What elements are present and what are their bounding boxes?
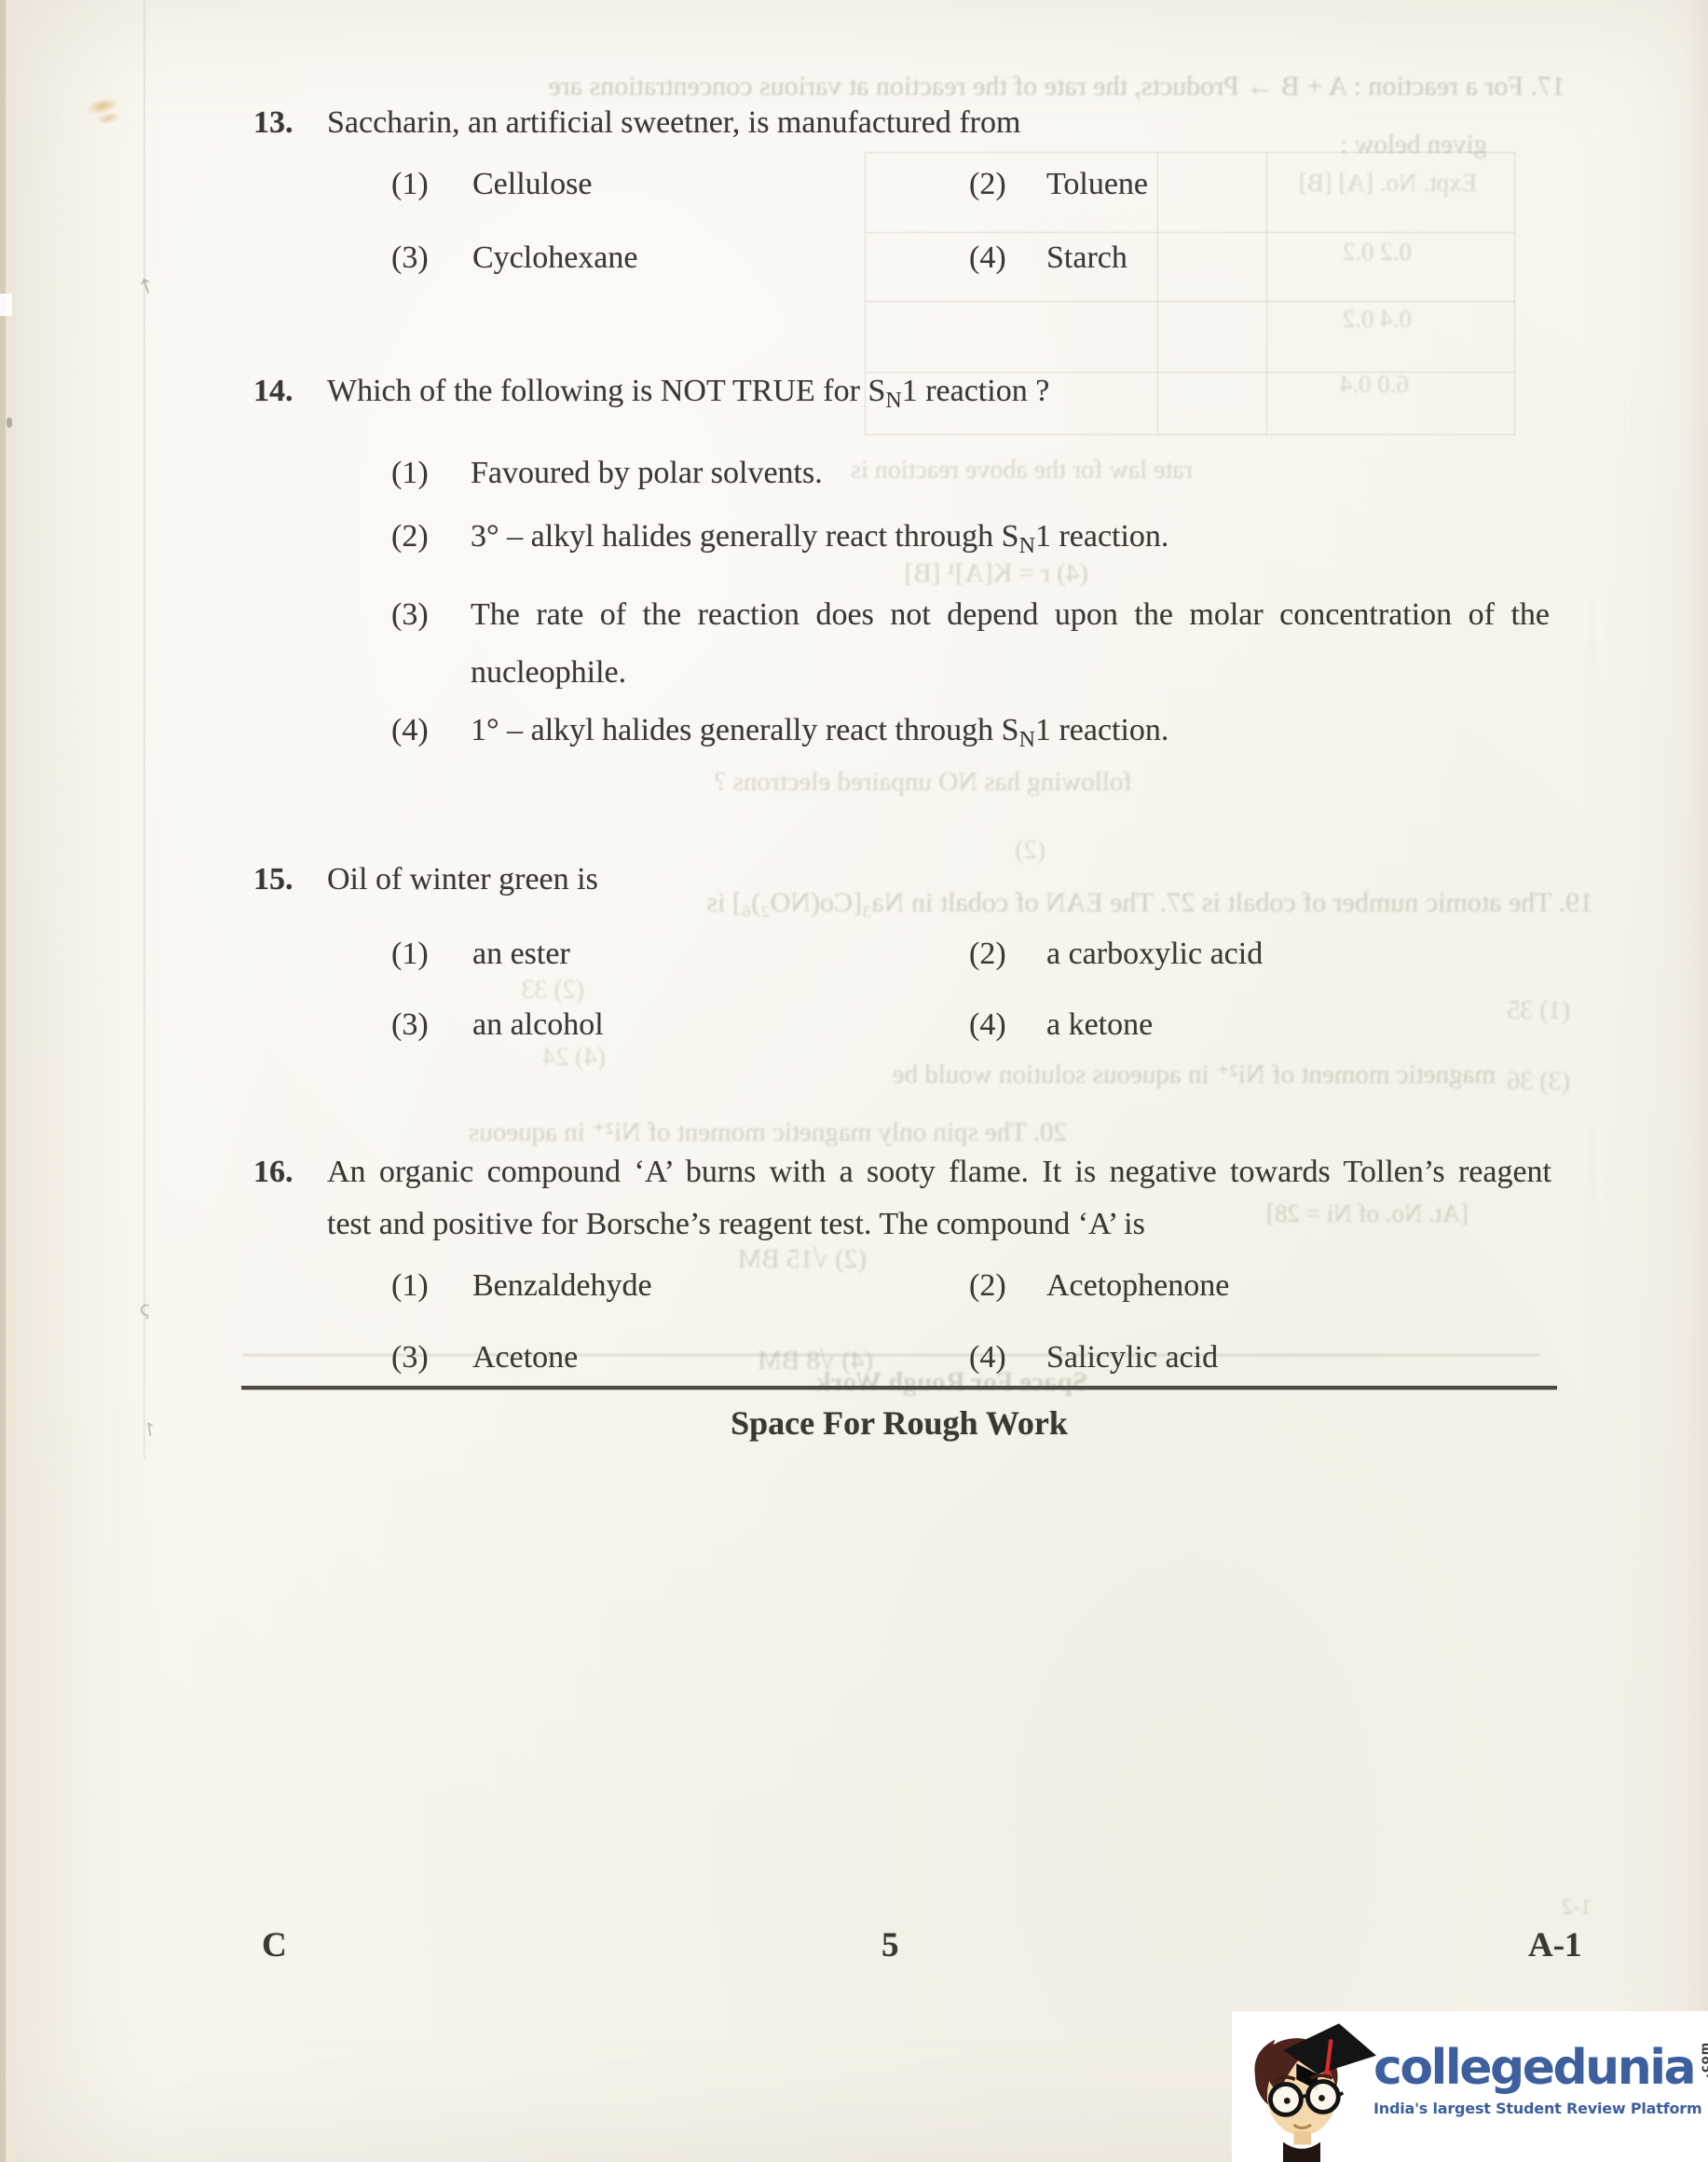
q14-option-2-label: (2) [391, 518, 429, 554]
ink-smudge [85, 95, 121, 117]
q14-option-1-text: Favoured by polar solvents. [471, 455, 823, 491]
q13-option-4-text: Starch [1046, 239, 1127, 276]
question-14-number: 14. [253, 373, 294, 409]
q16-option-3-text: Acetone [472, 1339, 578, 1375]
bleed-text-fragment: 6.0 0.4 [1129, 371, 1409, 399]
q14-option-3-line2: nucleophile. [471, 654, 626, 691]
bleed-text-fragment: (2) √15 BM [676, 1245, 867, 1275]
pencil-mark-middle: ς [140, 1297, 151, 1320]
question-13-number: 13. [253, 104, 294, 141]
q16-option-2-label: (2) [969, 1267, 1006, 1304]
footer-page-number: 5 [881, 1925, 899, 1965]
q14-option-1-label: (1) [391, 455, 429, 491]
bleed-text-fragment: (4) r = K[A]¹ [B] [809, 559, 1088, 589]
q15-option-2-text: a carboxylic acid [1046, 936, 1263, 972]
q16-option-3-label: (3) [391, 1339, 429, 1375]
question-15-number: 15. [253, 861, 294, 897]
bleed-text-fragment: (2) 33 [463, 977, 584, 1006]
q15-option-4-label: (4) [969, 1006, 1006, 1043]
pencil-mark-top: ↑ [135, 274, 158, 301]
bleed-rule-artifact [242, 1354, 1539, 1356]
q15-option-1-text: an ester [472, 936, 570, 972]
pencil-mark-bottom: ↾ [140, 1417, 159, 1443]
q14-option-3-line1: The rate of the reaction does not depend… [471, 596, 1550, 633]
bleed-text-fragment: [At. No. of Ni = 28] [1245, 1200, 1469, 1228]
q14-option-2-text: 3° – alkyl halides generally react throu… [471, 518, 1168, 554]
q13-option-1-label: (1) [391, 166, 429, 202]
bleed-text-fragment: Space For Rough Work [766, 1368, 1087, 1398]
bleed-text-fragment: rate law for the above reaction is [829, 457, 1193, 486]
question-13-text: Saccharin, an artificial sweetner, is ma… [327, 104, 1020, 141]
q13-option-4-label: (4) [969, 239, 1006, 276]
logo-domain-text: .com [1699, 2037, 1708, 2078]
q16-option-2-text: Acetophenone [1046, 1267, 1229, 1304]
bleed-text-fragment: 0.4 0.2 [1132, 306, 1412, 334]
q15-option-2-label: (2) [969, 936, 1006, 972]
footer-set-code: C [262, 1925, 287, 1965]
scan-speck [7, 417, 12, 428]
bleed-text-fragment: Expt. No. [A] [B] [1160, 170, 1477, 198]
q14-option-4-label: (4) [391, 712, 429, 748]
q15-option-3-text: an alcohol [472, 1006, 604, 1043]
q16-option-4-label: (4) [969, 1339, 1006, 1375]
bleed-text-fragment: (1) 35 [1449, 997, 1570, 1026]
scanned-exam-page: 17. For a reaction : A + B → Products, t… [0, 0, 1708, 2162]
bleed-text-fragment: 17. For a reaction : A + B → Products, t… [391, 71, 1565, 102]
q13-option-3-text: Cyclohexane [472, 239, 638, 276]
question-16-line2: test and positive for Borsche’s reagent … [327, 1206, 1145, 1242]
scan-edge-left-inner [6, 0, 16, 2162]
bleed-text-fragment: following has NO unpaired electrons ? [694, 768, 1132, 798]
logo-tagline: India's largest Student Review Platform [1373, 2100, 1705, 2117]
q13-option-2-text: Toluene [1046, 166, 1148, 202]
mascot-icon [1237, 2013, 1385, 2162]
q15-option-3-label: (3) [391, 1006, 429, 1043]
q13-option-2-label: (2) [969, 166, 1006, 202]
q16-option-4-text: Salicylic acid [1046, 1339, 1218, 1375]
bleed-text-fragment: 0.2 0.2 [1132, 239, 1412, 267]
scan-white-patch [0, 294, 12, 316]
paper-crease-line [143, 0, 145, 1458]
collegedunia-logo: collegedunia.com India's largest Student… [1232, 2011, 1708, 2162]
q16-option-1-label: (1) [391, 1267, 429, 1304]
bleed-text-fragment: 20. The spin only magnetic moment of Ni²… [471, 1118, 1067, 1148]
q14-option-3-label: (3) [391, 596, 429, 633]
bleed-text-fragment: given below : [1301, 130, 1487, 160]
q13-option-3-label: (3) [391, 239, 429, 276]
q13-option-1-text: Cellulose [472, 166, 592, 202]
question-15-text: Oil of winter green is [327, 861, 598, 897]
bleed-text-fragment: 19. The atomic number of cobalt is 27. T… [596, 887, 1593, 918]
q15-option-1-label: (1) [391, 936, 429, 972]
bleed-text-fragment: (4) 24 [485, 1044, 606, 1073]
bleed-text-fragment: 1-2 [1536, 1895, 1592, 1920]
q16-option-1-text: Benzaldehyde [472, 1267, 652, 1304]
logo-text-block: collegedunia.com India's largest Student… [1373, 2037, 1705, 2117]
question-14-text: Which of the following is NOT TRUE for S… [327, 373, 1049, 409]
rough-work-divider-line [241, 1386, 1557, 1389]
bleed-text-fragment: (2) [990, 837, 1045, 866]
logo-brand-text: collegedunia [1373, 2040, 1694, 2096]
question-16-number: 16. [253, 1154, 294, 1190]
q14-option-4-text: 1° – alkyl halides generally react throu… [471, 712, 1168, 748]
q15-option-4-text: a ketone [1046, 1006, 1153, 1043]
footer-booklet-code: A-1 [1528, 1925, 1582, 1965]
bleed-text-fragment: magnetic moment of Ni²⁺ in aqueous solut… [694, 1060, 1496, 1090]
rough-work-label: Space For Rough Work [241, 1403, 1557, 1443]
question-16-line1: An organic compound ‘A’ burns with a soo… [327, 1154, 1551, 1190]
